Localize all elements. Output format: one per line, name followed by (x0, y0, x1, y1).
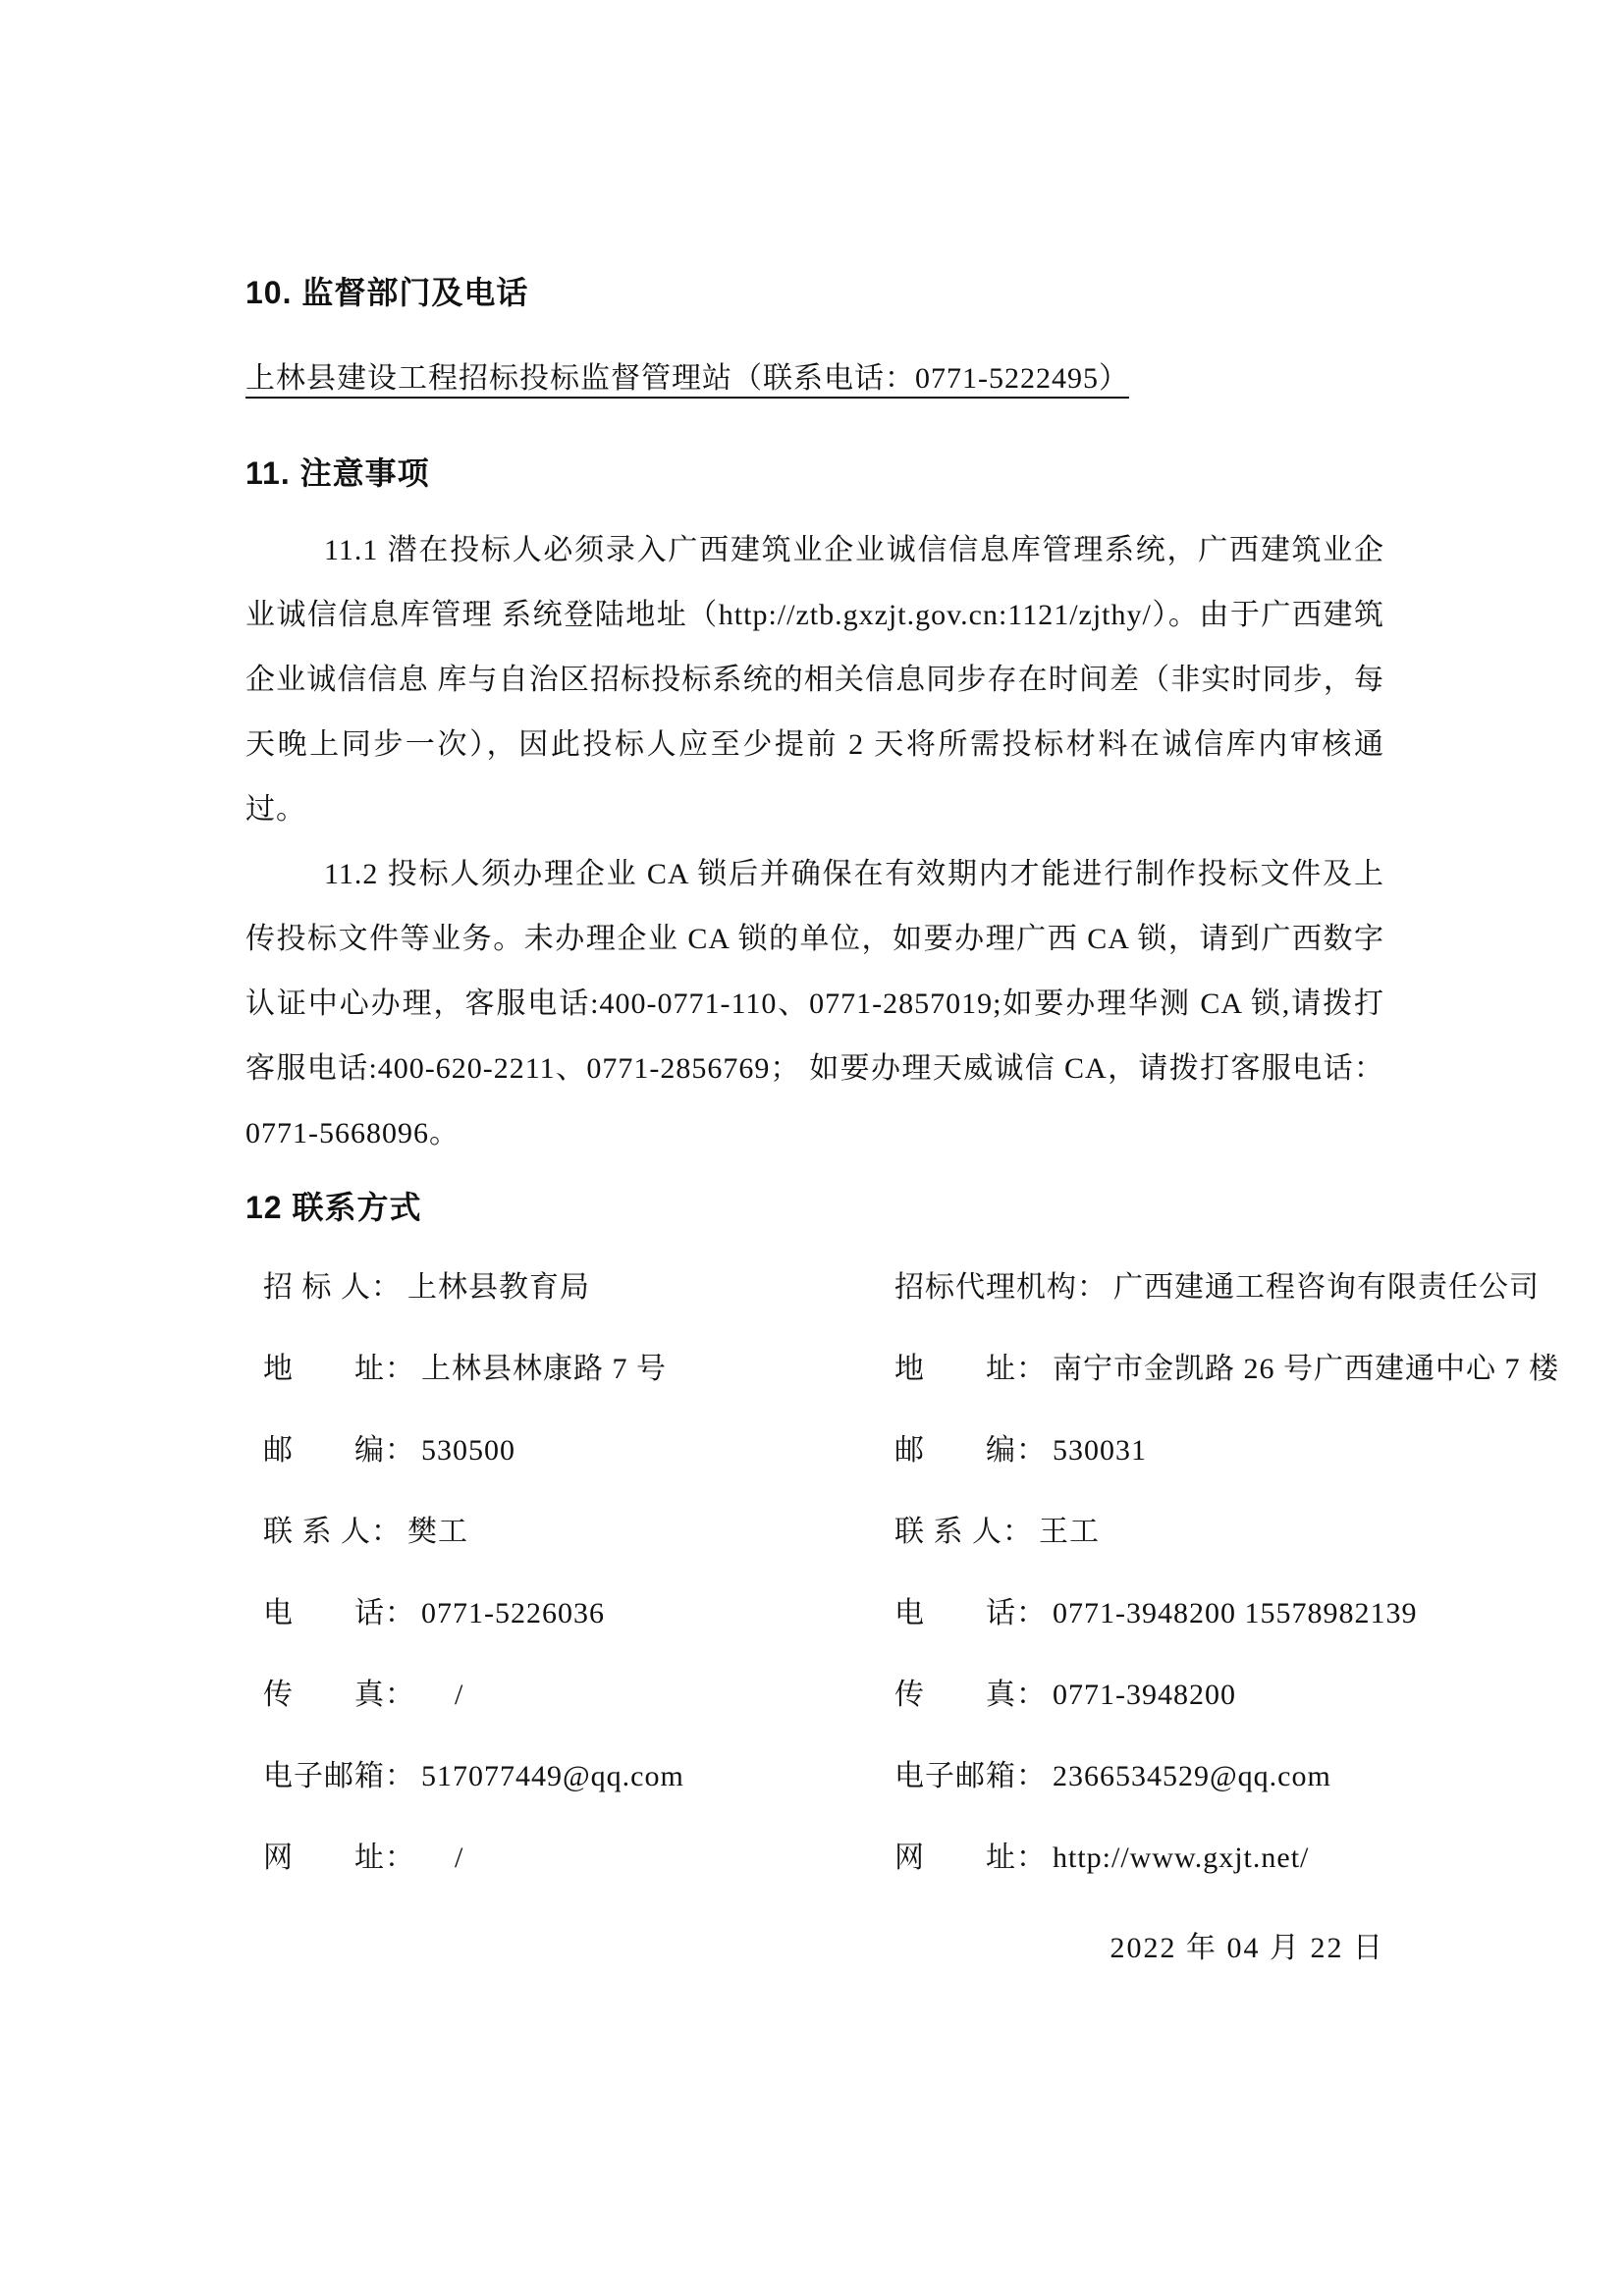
document-content: 10. 监督部门及电话 上林县建设工程招标投标监督管理站（联系电话：0771-5… (0, 0, 1624, 1968)
tenderer-website-cell: 网 址：/ (245, 1839, 894, 1878)
agency-email-cell: 电子邮箱：2366534529@qq.com (894, 1757, 1384, 1796)
contact-row-phone: 电 话：0771-5226036 电 话：0771-3948200 155789… (245, 1594, 1384, 1633)
agency-person-cell: 联 系 人：王工 (894, 1513, 1384, 1552)
contact-value: 530500 (421, 1434, 515, 1467)
contact-value: 上林县教育局 (407, 1271, 590, 1304)
document-page: 10. 监督部门及电话 上林县建设工程招标投标监督管理站（联系电话：0771-5… (0, 0, 1624, 2296)
tenderer-fax-cell: 传 真：/ (245, 1676, 894, 1715)
section-10-heading: 10. 监督部门及电话 (245, 273, 1384, 312)
contact-value: 0771-3948200 15578982139 (1053, 1597, 1418, 1629)
contact-label: 联 系 人： (894, 1516, 1033, 1548)
contact-label: 地 址： (263, 1353, 415, 1385)
contact-value: 0771-3948200 (1053, 1679, 1236, 1711)
contact-row-fax: 传 真：/ 传 真：0771-3948200 (245, 1676, 1384, 1715)
contact-label: 招标代理机构： (894, 1271, 1108, 1304)
contact-table: 招 标 人：上林县教育局 招标代理机构：广西建通工程咨询有限责任公司 地 址：上… (245, 1268, 1384, 1878)
contact-row-address: 地 址：上林县林康路 7 号 地 址：南宁市金凯路 26 号广西建通中心 7 楼 (245, 1350, 1384, 1389)
contact-label: 地 址： (894, 1353, 1047, 1385)
supervision-department-text: 上林县建设工程招标投标监督管理站（联系电话：0771-5222495） (245, 362, 1129, 395)
contact-label: 电 话： (894, 1597, 1047, 1629)
agency-website-cell: 网 址：http://www.gxjt.net/ (894, 1839, 1384, 1878)
tenderer-cell: 招 标 人：上林县教育局 (245, 1268, 894, 1308)
agency-phone-cell: 电 话：0771-3948200 15578982139 (894, 1594, 1384, 1633)
tenderer-person-cell: 联 系 人：樊工 (245, 1513, 894, 1552)
contact-value: 2366534529@qq.com (1053, 1760, 1331, 1792)
contact-value: http://www.gxjt.net/ (1053, 1842, 1309, 1874)
contact-label: 网 址： (263, 1842, 415, 1874)
contact-value: 0771-5226036 (421, 1597, 605, 1629)
contact-label: 电 话： (263, 1597, 415, 1629)
tenderer-email-cell: 电子邮箱：517077449@qq.com (245, 1757, 894, 1796)
supervision-department-line: 上林县建设工程招标投标监督管理站（联系电话：0771-5222495） (245, 359, 1384, 399)
contact-label: 网 址： (894, 1842, 1047, 1874)
contact-value: / (455, 1679, 463, 1711)
contact-value: 上林县林康路 7 号 (421, 1353, 667, 1385)
contact-value: 南宁市金凯路 26 号广西建通中心 7 楼 (1053, 1353, 1559, 1385)
contact-label: 邮 编： (894, 1434, 1047, 1467)
tenderer-postcode-cell: 邮 编：530500 (245, 1431, 894, 1470)
contact-row-tenderer: 招 标 人：上林县教育局 招标代理机构：广西建通工程咨询有限责任公司 (245, 1268, 1384, 1308)
contact-row-postcode: 邮 编：530500 邮 编：530031 (245, 1431, 1384, 1470)
clause-11-1-paragraph: 11.1 潜在投标人必须录入广西建筑业企业诚信信息库管理系统，广西建筑业企业诚信… (245, 518, 1384, 842)
contact-label: 邮 编： (263, 1434, 415, 1467)
contact-value: 樊工 (407, 1516, 468, 1548)
contact-row-website: 网 址：/ 网 址：http://www.gxjt.net/ (245, 1839, 1384, 1878)
contact-row-email: 电子邮箱：517077449@qq.com 电子邮箱：2366534529@qq… (245, 1757, 1384, 1796)
contact-value: 530031 (1053, 1434, 1147, 1467)
agency-cell: 招标代理机构：广西建通工程咨询有限责任公司 (894, 1268, 1384, 1308)
agency-fax-cell: 传 真：0771-3948200 (894, 1676, 1384, 1715)
contact-label: 传 真： (894, 1679, 1047, 1711)
contact-value: 517077449@qq.com (421, 1760, 684, 1792)
agency-postcode-cell: 邮 编：530031 (894, 1431, 1384, 1470)
contact-label: 电子邮箱： (894, 1760, 1047, 1792)
contact-value: 广西建通工程咨询有限责任公司 (1113, 1271, 1540, 1304)
tenderer-phone-cell: 电 话：0771-5226036 (245, 1594, 894, 1633)
contact-label: 招 标 人： (263, 1271, 402, 1304)
clause-11-2-paragraph: 11.2 投标人须办理企业 CA 锁后并确保在有效期内才能进行制作投标文件及上传… (245, 842, 1384, 1166)
section-11-heading: 11. 注意事项 (245, 454, 1384, 493)
contact-label: 传 真： (263, 1679, 415, 1711)
contact-label: 电子邮箱： (263, 1760, 415, 1792)
agency-address-cell: 地 址：南宁市金凯路 26 号广西建通中心 7 楼 (894, 1350, 1384, 1389)
contact-value: / (455, 1842, 463, 1874)
contact-label: 联 系 人： (263, 1516, 402, 1548)
tenderer-address-cell: 地 址：上林县林康路 7 号 (245, 1350, 894, 1389)
document-date: 2022 年 04 月 22 日 (245, 1929, 1384, 1968)
section-12-heading: 12 联系方式 (245, 1188, 1384, 1227)
contact-value: 王工 (1039, 1516, 1100, 1548)
contact-row-person: 联 系 人：樊工 联 系 人：王工 (245, 1513, 1384, 1552)
